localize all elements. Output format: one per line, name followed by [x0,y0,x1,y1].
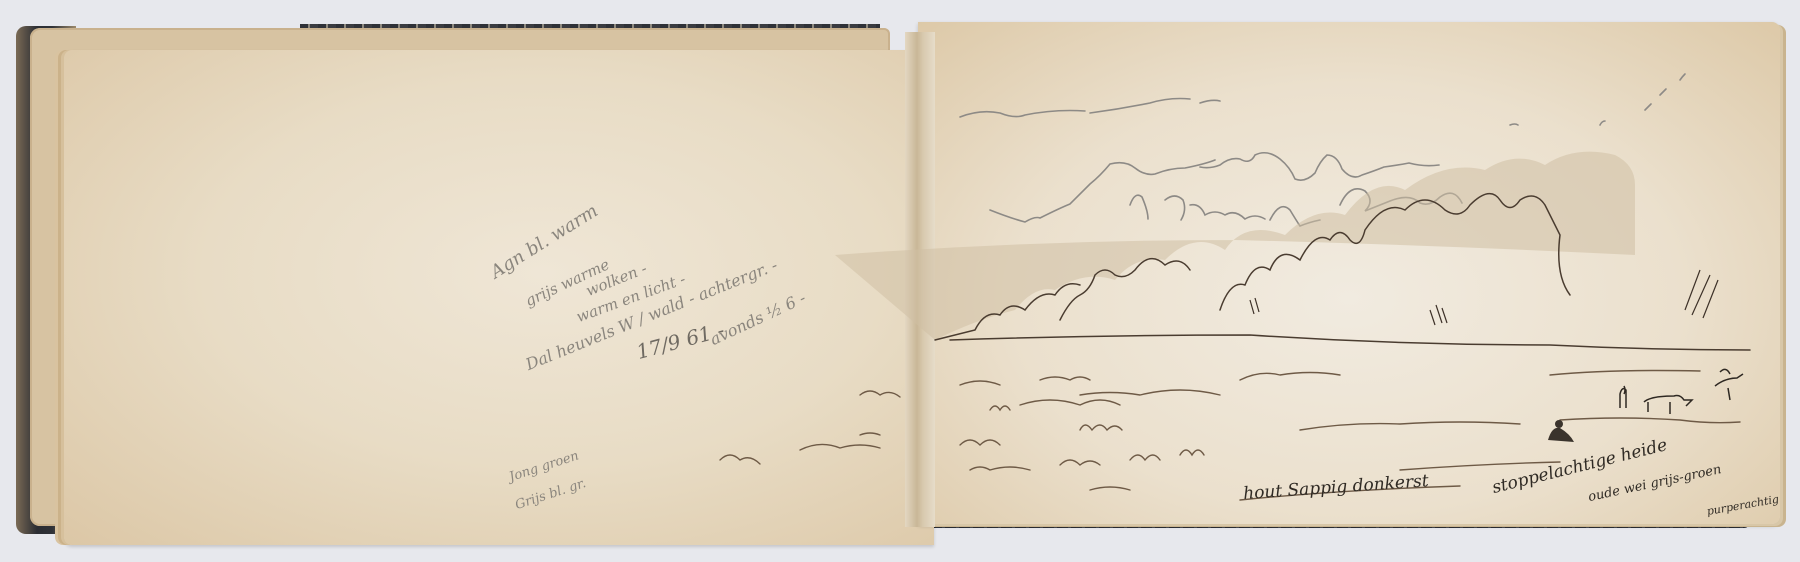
book-gutter [905,32,935,527]
